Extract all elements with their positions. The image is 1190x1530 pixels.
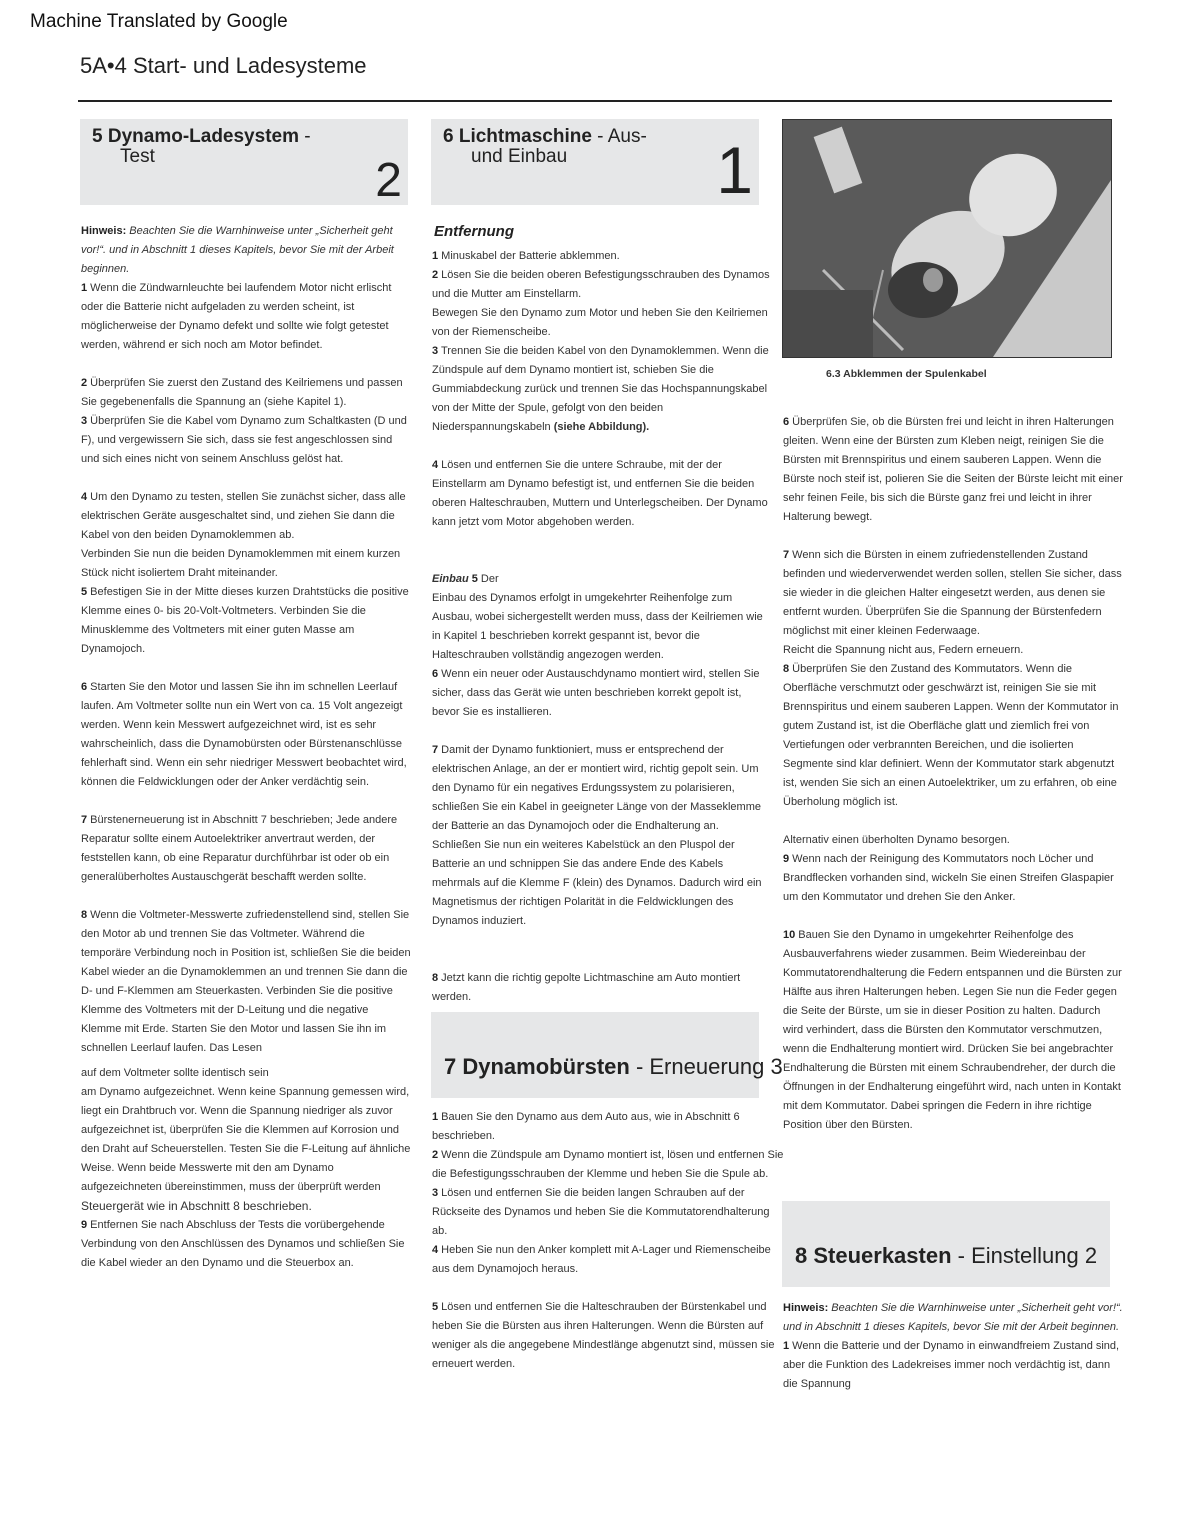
section-6-title: 6 Lichtmaschine - Aus- und Einbau <box>443 127 647 167</box>
translation-banner: Machine Translated by Google <box>30 11 288 33</box>
step-6: 6 Starten Sie den Motor und lassen Sie i… <box>81 678 411 792</box>
step-5-lead: Einbau 5 Der <box>432 570 770 589</box>
step-7: 7 Damit der Dynamo funktioniert, muss er… <box>432 741 770 931</box>
step-3: 3 Trennen Sie die beiden Kabel von den D… <box>432 342 770 437</box>
step-5: 5 Lösen und entfernen Sie die Halteschra… <box>432 1298 784 1374</box>
section-6-header: 6 Lichtmaschine - Aus- und Einbau 1 <box>431 119 759 205</box>
step-4: 4 Heben Sie nun den Anker komplett mit A… <box>432 1241 784 1279</box>
step-1: 1 Wenn die Batterie und der Dynamo in ei… <box>783 1337 1123 1394</box>
section-7-title: 7 Dynamobürsten - Erneuerung 3 <box>444 1054 783 1080</box>
section-8-header: 8 Steuerkasten - Einstellung 2 <box>782 1201 1110 1287</box>
step-5: Einbau des Dynamos erfolgt in umgekehrte… <box>432 589 770 665</box>
step-7-cont: Reicht die Spannung nicht aus, Federn er… <box>783 641 1123 660</box>
subhead-install: Einbau <box>432 573 469 585</box>
step-1: 1 Minuskabel der Batterie abklemmen. <box>432 247 770 266</box>
subhead-removal: Entfernung <box>434 222 770 241</box>
difficulty-rating: 2 <box>375 153 402 209</box>
step-1: 1 Bauen Sie den Dynamo aus dem Auto aus,… <box>432 1108 784 1146</box>
step-6: 6 Wenn ein neuer oder Austauschdynamo mo… <box>432 665 770 722</box>
section-7-header: 7 Dynamobürsten - Erneuerung 3 <box>431 1012 759 1098</box>
step-10: 10 Bauen Sie den Dynamo in umgekehrter R… <box>783 926 1123 1135</box>
step-3: 3 Überprüfen Sie die Kabel vom Dynamo zu… <box>81 412 411 469</box>
column-3: 6 Überprüfen Sie, ob die Bürsten frei un… <box>783 413 1123 1135</box>
step-8-cont: Alternativ einen überholten Dynamo besor… <box>783 831 1123 850</box>
step-8: 8 Überprüfen Sie den Zustand des Kommuta… <box>783 660 1123 812</box>
step-4: 4 Lösen und entfernen Sie die untere Sch… <box>432 456 770 532</box>
step-7: 7 Bürstenerneuerung ist in Abschnitt 7 b… <box>81 811 411 887</box>
step-2: 2 Lösen Sie die beiden oberen Befestigun… <box>432 266 770 304</box>
step-9: 9 Wenn nach der Reinigung des Kommutator… <box>783 850 1123 907</box>
step-9: 9 Entfernen Sie nach Abschluss der Tests… <box>81 1216 411 1273</box>
column-2: Entfernung 1 Minuskabel der Batterie abk… <box>432 222 770 1007</box>
step-1: 1 Wenn die Zündwarnleuchte bei laufendem… <box>81 279 411 355</box>
step-2: 2 Wenn die Zündspule am Dynamo montiert … <box>432 1146 784 1184</box>
step-8-cont-a: auf dem Voltmeter sollte identisch sein <box>81 1064 411 1083</box>
step-2: 2 Überprüfen Sie zuerst den Zustand des … <box>81 374 411 412</box>
section-8-title: 8 Steuerkasten - Einstellung 2 <box>795 1243 1097 1269</box>
header-rule <box>78 100 1112 102</box>
step-6: 6 Überprüfen Sie, ob die Bürsten frei un… <box>783 413 1123 527</box>
figure-photo-coil-cables <box>782 119 1112 358</box>
step-8-cont-c: Steuergerät wie in Abschnitt 8 beschrieb… <box>81 1197 411 1216</box>
section-5-title: 5 Dynamo-Ladesystem - Test <box>92 127 311 167</box>
step-5: 5 Befestigen Sie in der Mitte dieses kur… <box>81 583 411 659</box>
step-8-cont-b: am Dynamo aufgezeichnet. Wenn keine Span… <box>81 1083 411 1197</box>
figure-reference: (siehe Abbildung). <box>554 421 650 433</box>
section-5-header: 5 Dynamo-Ladesystem - Test 2 <box>80 119 408 205</box>
section-8-body: Hinweis: Beachten Sie die Warnhinweise u… <box>783 1299 1123 1394</box>
safety-note: Hinweis: Beachten Sie die Warnhinweise u… <box>783 1299 1123 1337</box>
step-8: 8 Wenn die Voltmeter-Messwerte zufrieden… <box>81 906 411 1058</box>
column-1: Hinweis: Beachten Sie die Warnhinweise u… <box>81 222 411 1273</box>
engine-photo-illustration <box>783 120 1111 357</box>
difficulty-rating: 1 <box>716 137 753 203</box>
step-8: 8 Jetzt kann die richtig gepolte Lichtma… <box>432 969 770 1007</box>
figure-caption: 6.3 Abklemmen der Spulenkabel <box>826 368 987 380</box>
step-7: 7 Wenn sich die Bürsten in einem zufried… <box>783 546 1123 641</box>
section-7-body: 1 Bauen Sie den Dynamo aus dem Auto aus,… <box>432 1108 784 1374</box>
safety-note: Hinweis: Beachten Sie die Warnhinweise u… <box>81 222 411 279</box>
step-3: 3 Lösen und entfernen Sie die beiden lan… <box>432 1184 784 1241</box>
step-2-cont: Bewegen Sie den Dynamo zum Motor und heb… <box>432 304 770 342</box>
step-4: 4 Um den Dynamo zu testen, stellen Sie z… <box>81 488 411 545</box>
step-4-cont: Verbinden Sie nun die beiden Dynamoklemm… <box>81 545 411 583</box>
running-head: 5A•4 Start- und Ladesysteme <box>80 53 367 79</box>
